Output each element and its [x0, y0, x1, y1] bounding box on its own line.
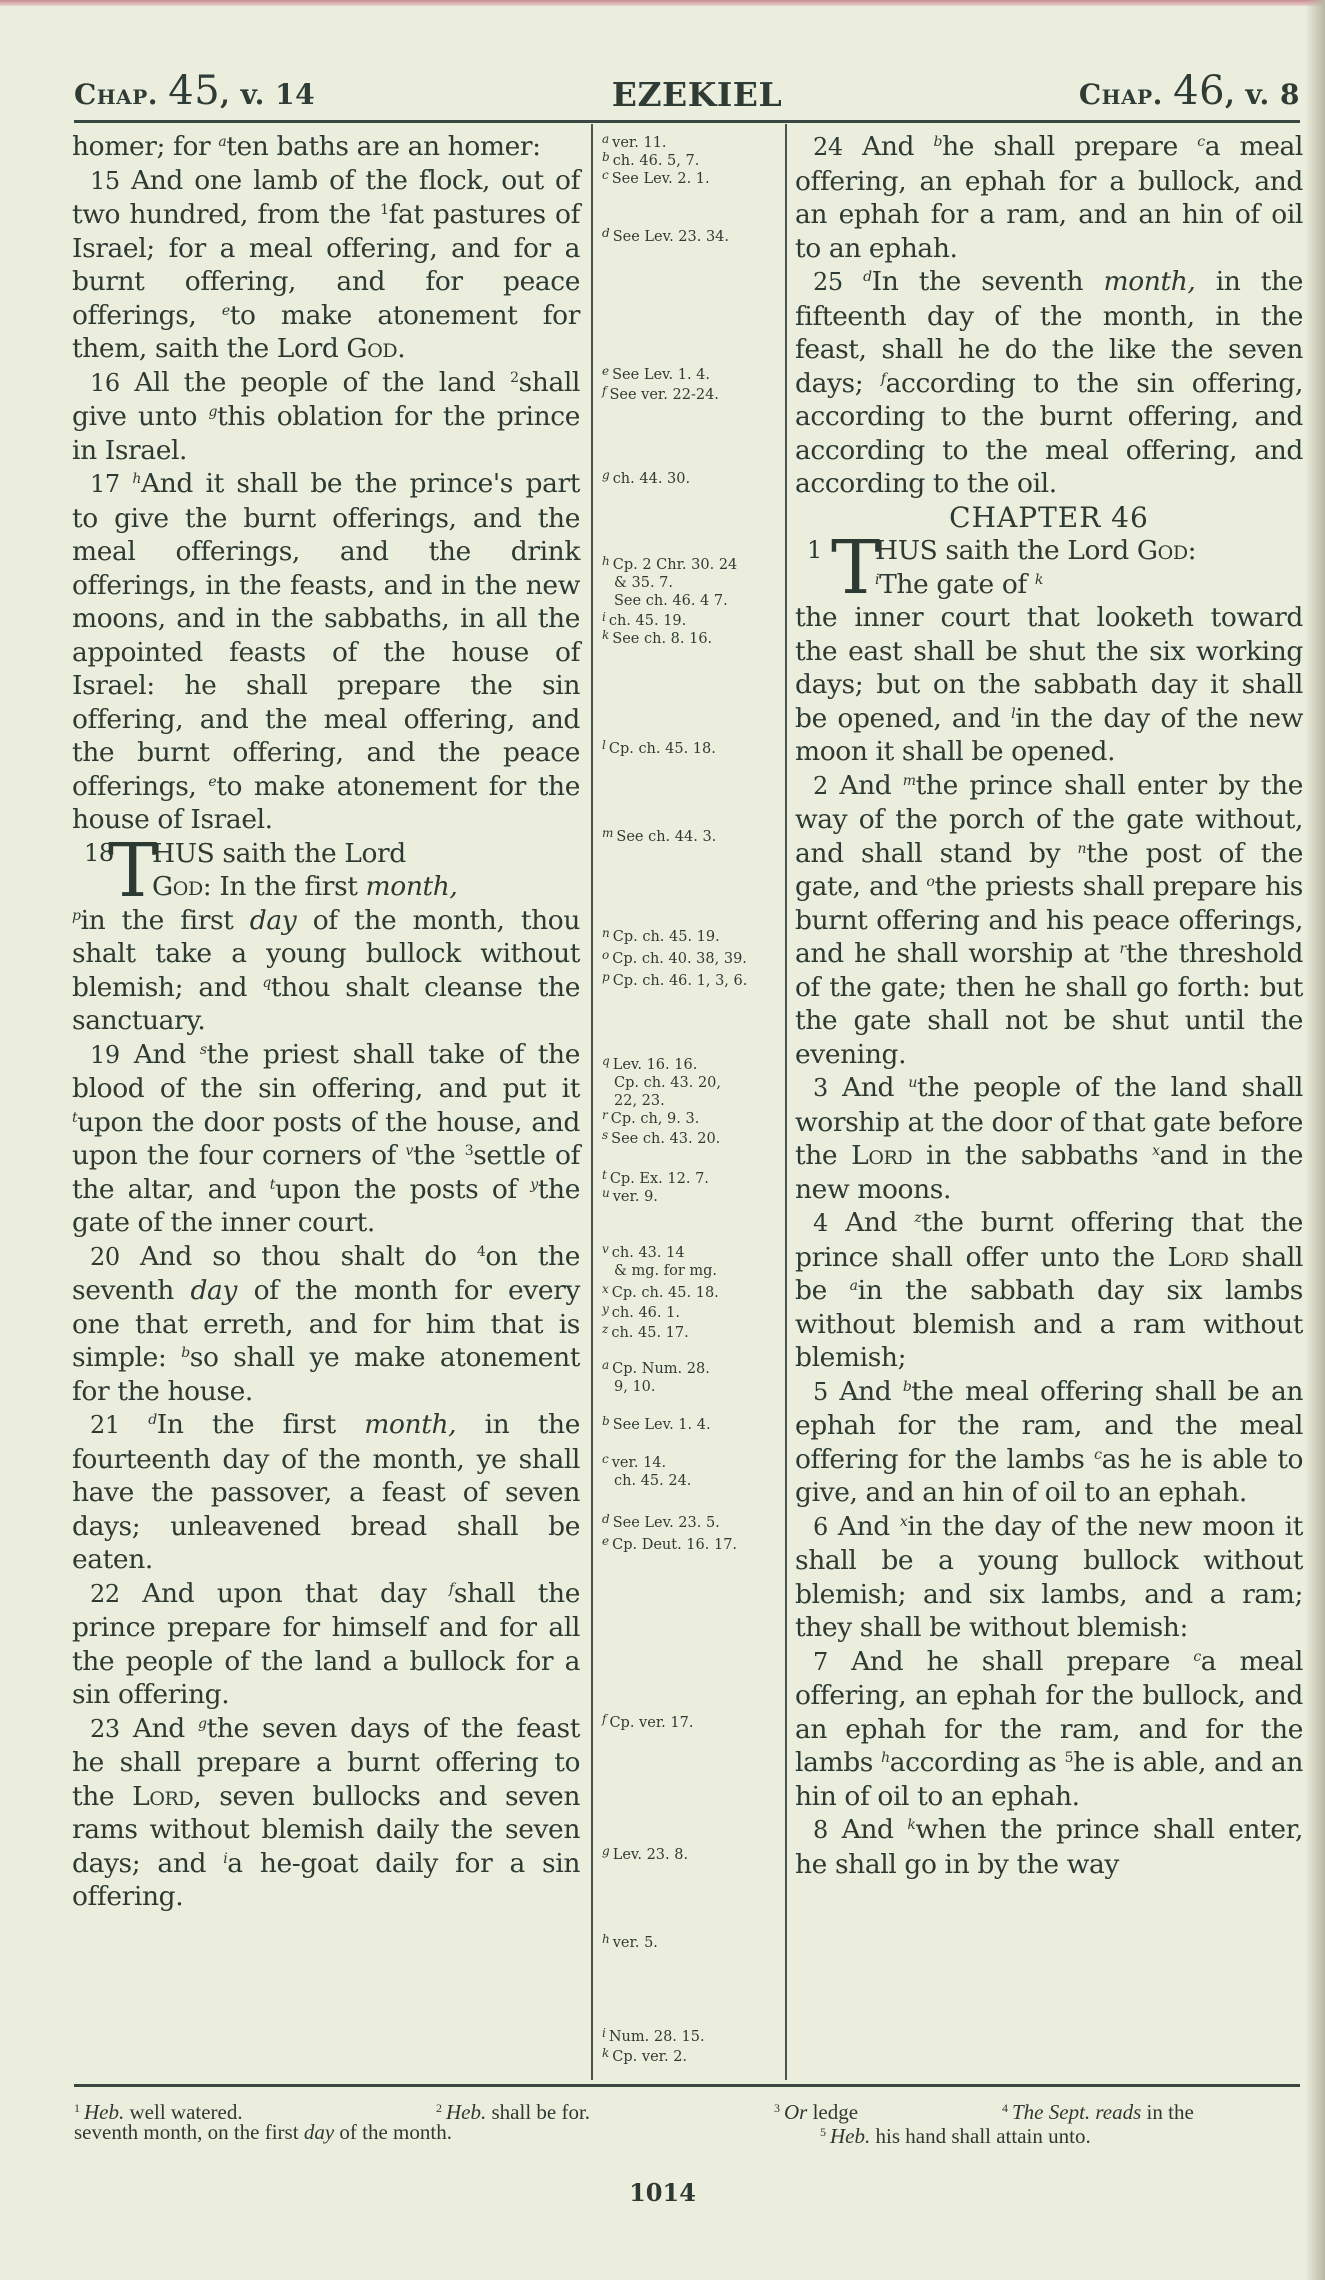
cross-reference-text: Cp. ch. 45. 18. — [609, 741, 716, 757]
cross-reference-letter: i — [602, 2026, 606, 2040]
verse-number: 24 — [813, 133, 843, 161]
cross-reference-letter: z — [602, 1322, 608, 1336]
cross-ref-marker[interactable]: h — [132, 471, 141, 487]
verse-16: 16 All the people of the land 2shall giv… — [72, 366, 580, 468]
cross-ref-marker[interactable]: d — [863, 269, 872, 285]
cross-ref-marker[interactable]: b — [934, 134, 943, 150]
footnote-marker[interactable]: 5 — [1065, 1750, 1074, 1766]
cross-reference-continuation: & mg. for mg. — [602, 1262, 782, 1280]
verse-15: 15 And one lamb of the flock, out of two… — [72, 164, 580, 366]
cross-reference-letter: r — [602, 1108, 608, 1122]
book-title: EZEKIEL — [612, 75, 782, 114]
cross-reference-letter: f — [602, 384, 606, 398]
verse-number: 22 — [90, 1580, 120, 1608]
verse-19: 19 And sthe priest shall take of the blo… — [72, 1038, 580, 1240]
cross-reference-letter: k — [602, 628, 609, 642]
cross-ref-marker[interactable]: p — [72, 908, 81, 924]
cross-ref-marker[interactable]: e — [222, 303, 230, 319]
cross-reference-letter: g — [602, 468, 610, 482]
verse-number: 8 — [813, 1816, 828, 1844]
cross-ref-marker[interactable]: c — [1197, 134, 1204, 150]
cross-reference-text: ch. 45. 17. — [611, 1325, 688, 1341]
cross-reference-text: See Lev. 2. 1. — [612, 171, 710, 187]
verse-18-continued: pin the first day of the month, thou sha… — [72, 904, 580, 1038]
cross-ref-marker[interactable]: k — [1035, 572, 1043, 588]
cross-ref-marker[interactable]: a — [850, 1278, 858, 1294]
verse-number: 17 — [90, 470, 120, 498]
verse-number: 19 — [90, 1041, 120, 1069]
cross-ref-marker[interactable]: h — [881, 1750, 890, 1766]
footnote-row-2: seventh month, on the first day of the m… — [74, 2120, 1300, 2144]
footnote-rule — [74, 2084, 1300, 2087]
cross-reference-entry[interactable]: oCp. ch. 40. 38, 39. — [602, 946, 782, 968]
cross-reference-text: ch. 44. 30. — [613, 471, 690, 487]
verse-number: 7 — [813, 1648, 828, 1676]
cross-ref-marker[interactable]: b — [181, 1345, 190, 1361]
cross-reference-text: Cp. Deut. 16. 17. — [612, 1537, 737, 1553]
cross-reference-letter: f — [602, 1712, 606, 1726]
cross-reference-letter: n — [602, 926, 610, 940]
cross-reference-text: ch. 46. 1. — [612, 1305, 680, 1321]
chapter-46-verse-2: 2 And mthe prince shall enter by the way… — [795, 769, 1303, 1072]
verse-25: 25 dIn the seventh month, in the fifteen… — [795, 265, 1303, 501]
cross-reference-letter: e — [602, 364, 609, 378]
verse-number: 2 — [813, 772, 828, 800]
cross-ref-marker[interactable]: g — [198, 1716, 207, 1732]
cross-reference-entry[interactable]: lCp. ch. 45. 18. — [602, 736, 782, 758]
cross-reference-entry[interactable]: kCp. ver. 2. — [602, 2044, 782, 2066]
cross-reference-text: Cp. ch. 46. 1, 3, 6. — [613, 973, 748, 989]
cross-ref-marker[interactable]: u — [908, 1075, 917, 1091]
cross-reference-letter: t — [602, 1168, 607, 1182]
verse-number: 25 — [813, 268, 843, 296]
footnote-row-1: 1Heb. well watered. 2Heb. shall be for. … — [74, 2096, 1300, 2120]
cross-reference-entry[interactable]: uver. 9. — [602, 1184, 782, 1206]
cross-reference-text: See ch. 8. 16. — [612, 631, 712, 647]
cross-reference-text: Cp. ch, 9. 3. — [611, 1111, 700, 1127]
cross-reference-letter: h — [602, 1932, 610, 1946]
cross-reference-entry[interactable]: mSee ch. 44. 3. — [602, 824, 782, 846]
verse-number: 21 — [90, 1411, 120, 1439]
cross-reference-text: Lev. 16. 16. — [613, 1057, 698, 1073]
chapter-46-verse-1: 1 T HUS saith the Lord God: iThe gate of… — [795, 534, 1303, 601]
drop-cap: T — [831, 536, 880, 600]
cross-reference-text: Cp. ver. 17. — [609, 1715, 693, 1731]
cross-reference-continuation: 9, 10. — [602, 1378, 782, 1396]
page-number: 1014 — [0, 2178, 1325, 2207]
cross-ref-marker[interactable]: y — [530, 1177, 538, 1193]
cross-ref-marker[interactable]: q — [262, 975, 271, 991]
cross-reference-text: Cp. ver. 2. — [612, 2049, 687, 2065]
running-head-left: Chap. 45, v. 14 — [74, 68, 315, 114]
cross-reference-entry[interactable]: cSee Lev. 2. 1. — [602, 166, 782, 188]
cross-reference-entry[interactable]: hCp. 2 Chr. 30. 24& 35. 7.See ch. 46. 4 … — [602, 552, 782, 610]
cross-reference-letter: u — [602, 1186, 610, 1200]
header-rule — [74, 120, 1300, 123]
verse-number: 15 — [90, 167, 120, 195]
cross-reference-entry[interactable]: eSee Lev. 1. 4. — [602, 362, 782, 384]
cross-reference-letter: b — [602, 1414, 610, 1428]
running-head-right: Chap. 46, v. 8 — [1079, 68, 1300, 114]
cross-reference-text: Lev. 23. 8. — [613, 1847, 688, 1863]
chapter-46-verse-5: 5 And bthe meal offering shall be an eph… — [795, 1375, 1303, 1510]
verse-number: 23 — [90, 1715, 120, 1743]
cross-reference-letter: d — [602, 1512, 610, 1526]
cross-reference-text: Cp. ch. 45. 19. — [613, 929, 720, 945]
cross-reference-entry[interactable]: qLev. 16. 16.Cp. ch. 43. 20,22, 23. — [602, 1052, 782, 1110]
column-divider-left — [591, 124, 593, 2080]
footnote-marker[interactable]: 1 — [380, 202, 389, 218]
cross-reference-text: ver. 9. — [613, 1189, 658, 1205]
cross-reference-letter: q — [602, 1054, 610, 1068]
cross-ref-marker[interactable]: m — [903, 773, 916, 789]
page-gutter-shadow — [1305, 0, 1325, 2280]
cross-ref-marker[interactable]: c — [1193, 1649, 1200, 1665]
verse-number: 5 — [813, 1378, 828, 1406]
cross-reference-entry[interactable]: fSee ver. 22-24. — [602, 382, 782, 404]
cross-reference-entry[interactable]: cver. 14.ch. 45. 24. — [602, 1450, 782, 1490]
cross-reference-letter: i — [602, 610, 606, 624]
cross-reference-text: Cp. 2 Chr. 30. 24 — [613, 557, 738, 573]
cross-reference-text: Cp. ch. 40. 38, 39. — [612, 951, 747, 967]
page-top-edge — [0, 0, 1325, 6]
cross-reference-text: ver. 14. — [612, 1455, 666, 1471]
verse-17: 17 hAnd it shall be the prince's part to… — [72, 467, 580, 837]
cross-reference-text: See Lev. 1. 4. — [613, 1417, 711, 1433]
cross-reference-entry[interactable]: zch. 45. 17. — [602, 1320, 782, 1342]
cross-reference-entry[interactable]: eCp. Deut. 16. 17. — [602, 1532, 782, 1554]
cross-ref-marker[interactable]: c — [1094, 1447, 1101, 1463]
cross-reference-entry[interactable]: hver. 5. — [602, 1930, 782, 1952]
verse-number: 20 — [90, 1243, 120, 1271]
verse-20: 20 And so thou shalt do 4on the seventh … — [72, 1240, 580, 1409]
cross-reference-entry[interactable]: dSee Lev. 23. 5. — [602, 1510, 782, 1532]
chapter-46-verse-8: 8 And kwhen the prince shall enter, he s… — [795, 1813, 1303, 1881]
cross-reference-letter: c — [602, 168, 609, 182]
cross-reference-letter: h — [602, 554, 610, 568]
cross-reference-text: See Lev. 23. 34. — [613, 229, 729, 245]
cross-reference-text: See Lev. 1. 4. — [612, 367, 710, 383]
column-divider-right — [785, 124, 787, 2080]
cross-ref-marker[interactable]: g — [209, 404, 218, 420]
verse-18: 18 T HUS saith the Lord God: In the firs… — [72, 837, 580, 904]
cross-reference-entry[interactable]: pCp. ch. 46. 1, 3, 6. — [602, 968, 782, 990]
cross-reference-continuation: Cp. ch. 43. 20, — [602, 1074, 782, 1092]
footnotes: 1Heb. well watered. 2Heb. shall be for. … — [74, 2096, 1300, 2144]
cross-ref-marker[interactable]: s — [200, 1042, 207, 1058]
cross-reference-letter: e — [602, 1534, 609, 1548]
cross-reference-entry[interactable]: rCp. ch, 9. 3. — [602, 1106, 782, 1128]
cross-reference-letter: d — [602, 226, 610, 240]
verse-number: 16 — [90, 369, 120, 397]
running-head: Chap. 45, v. 14 EZEKIEL Chap. 46, v. 8 — [74, 60, 1300, 114]
cross-reference-entry[interactable]: sSee ch. 43. 20. — [602, 1126, 782, 1148]
cross-reference-letter: y — [602, 1302, 609, 1316]
verse-number: 6 — [813, 1513, 828, 1541]
cross-reference-text: Num. 28. 15. — [609, 2029, 705, 2045]
cross-reference-letter: o — [602, 948, 609, 962]
cross-reference-entry[interactable]: nCp. ch. 45. 19. — [602, 924, 782, 946]
cross-ref-marker[interactable]: v — [406, 1143, 414, 1159]
cross-reference-letter: k — [602, 2046, 609, 2060]
cross-reference-entry[interactable]: aCp. Num. 28.9, 10. — [602, 1356, 782, 1396]
footnote-5: 5Heb. his hand shall attain unto. — [820, 2120, 1091, 2148]
chapter-46-verse-7: 7 And he shall prepare ca meal offering,… — [795, 1645, 1303, 1814]
cross-reference-entry[interactable]: bSee Lev. 1. 4. — [602, 1412, 782, 1434]
cross-reference-letter: b — [602, 150, 610, 164]
verse-number: 3 — [813, 1074, 828, 1102]
drop-cap: T — [108, 839, 157, 903]
cross-ref-marker[interactable]: n — [1078, 841, 1087, 857]
cross-reference-letter: a — [602, 132, 609, 146]
cross-reference-letter: v — [602, 1242, 609, 1256]
cross-reference-entry[interactable]: iNum. 28. 15. — [602, 2024, 782, 2046]
cross-reference-entry[interactable]: gLev. 23. 8. — [602, 1842, 782, 1864]
verse-number: 1 — [807, 534, 822, 568]
left-text-column: homer; for aten baths are an homer: 15 A… — [72, 130, 580, 1914]
verse-number: 4 — [813, 1209, 828, 1237]
cross-reference-text: Cp. ch. 45. 18. — [612, 1285, 719, 1301]
cross-reference-letter: x — [602, 1282, 609, 1296]
cross-ref-marker[interactable]: x — [1152, 1143, 1160, 1159]
chapter-46-verse-3: 3 And uthe people of the land shall wors… — [795, 1071, 1303, 1206]
footnote-marker[interactable]: 3 — [465, 1143, 474, 1159]
cross-reference-text: ver. 5. — [613, 1935, 658, 1951]
right-text-column: 24 And bhe shall prepare ca meal offerin… — [795, 130, 1303, 1881]
cross-reference-letter: a — [602, 1358, 609, 1372]
cross-reference-entry[interactable]: xCp. ch. 45. 18. — [602, 1280, 782, 1302]
cross-reference-continuation: ch. 45. 24. — [602, 1472, 782, 1490]
chapter-46-verse-6: 6 And xin the day of the new moon it sha… — [795, 1510, 1303, 1645]
cross-reference-entry[interactable]: kSee ch. 8. 16. — [602, 626, 782, 648]
cross-reference-entry[interactable]: gch. 44. 30. — [602, 466, 782, 488]
verse-14-continued: homer; for aten baths are an homer: — [72, 130, 580, 164]
cross-reference-entry[interactable]: fCp. ver. 17. — [602, 1710, 782, 1732]
verse-21: 21 dIn the first month, in the fourteent… — [72, 1408, 580, 1577]
cross-reference-letter: m — [602, 826, 613, 840]
verse-24: 24 And bhe shall prepare ca meal offerin… — [795, 130, 1303, 265]
verse-23: 23 And gthe seven days of the feast he s… — [72, 1712, 580, 1914]
cross-reference-letter: s — [602, 1128, 608, 1142]
cross-ref-marker[interactable]: d — [148, 1412, 157, 1428]
cross-reference-text: See ver. 22-24. — [609, 387, 718, 403]
cross-reference-letter: g — [602, 1844, 610, 1858]
cross-reference-letter: c — [602, 1452, 609, 1466]
chapter-46-verse-1-continued: the inner court that looketh toward the … — [795, 601, 1303, 769]
cross-reference-entry[interactable]: dSee Lev. 23. 34. — [602, 224, 782, 246]
verse-22: 22 And upon that day fshall the prince p… — [72, 1577, 580, 1712]
cross-reference-text: See Lev. 23. 5. — [613, 1515, 720, 1531]
cross-reference-entry[interactable]: vch. 43. 14& mg. for mg. — [602, 1240, 782, 1280]
cross-reference-text: See ch. 44. 3. — [616, 829, 716, 845]
cross-reference-letter: l — [602, 738, 606, 752]
cross-reference-text: Cp. Num. 28. — [612, 1361, 710, 1377]
cross-reference-text: ch. 43. 14 — [612, 1245, 685, 1261]
footnote-4-continued: seventh month, on the first day of the m… — [74, 2120, 452, 2144]
cross-reference-entry[interactable]: ych. 46. 1. — [602, 1300, 782, 1322]
chapter-46-verse-4: 4 And zthe burnt offering that the princ… — [795, 1206, 1303, 1375]
cross-reference-letter: p — [602, 970, 610, 984]
cross-reference-text: See ch. 43. 20. — [611, 1131, 720, 1147]
cross-reference-continuation: & 35. 7. — [602, 574, 782, 592]
footnote-marker[interactable]: 2 — [510, 370, 519, 386]
